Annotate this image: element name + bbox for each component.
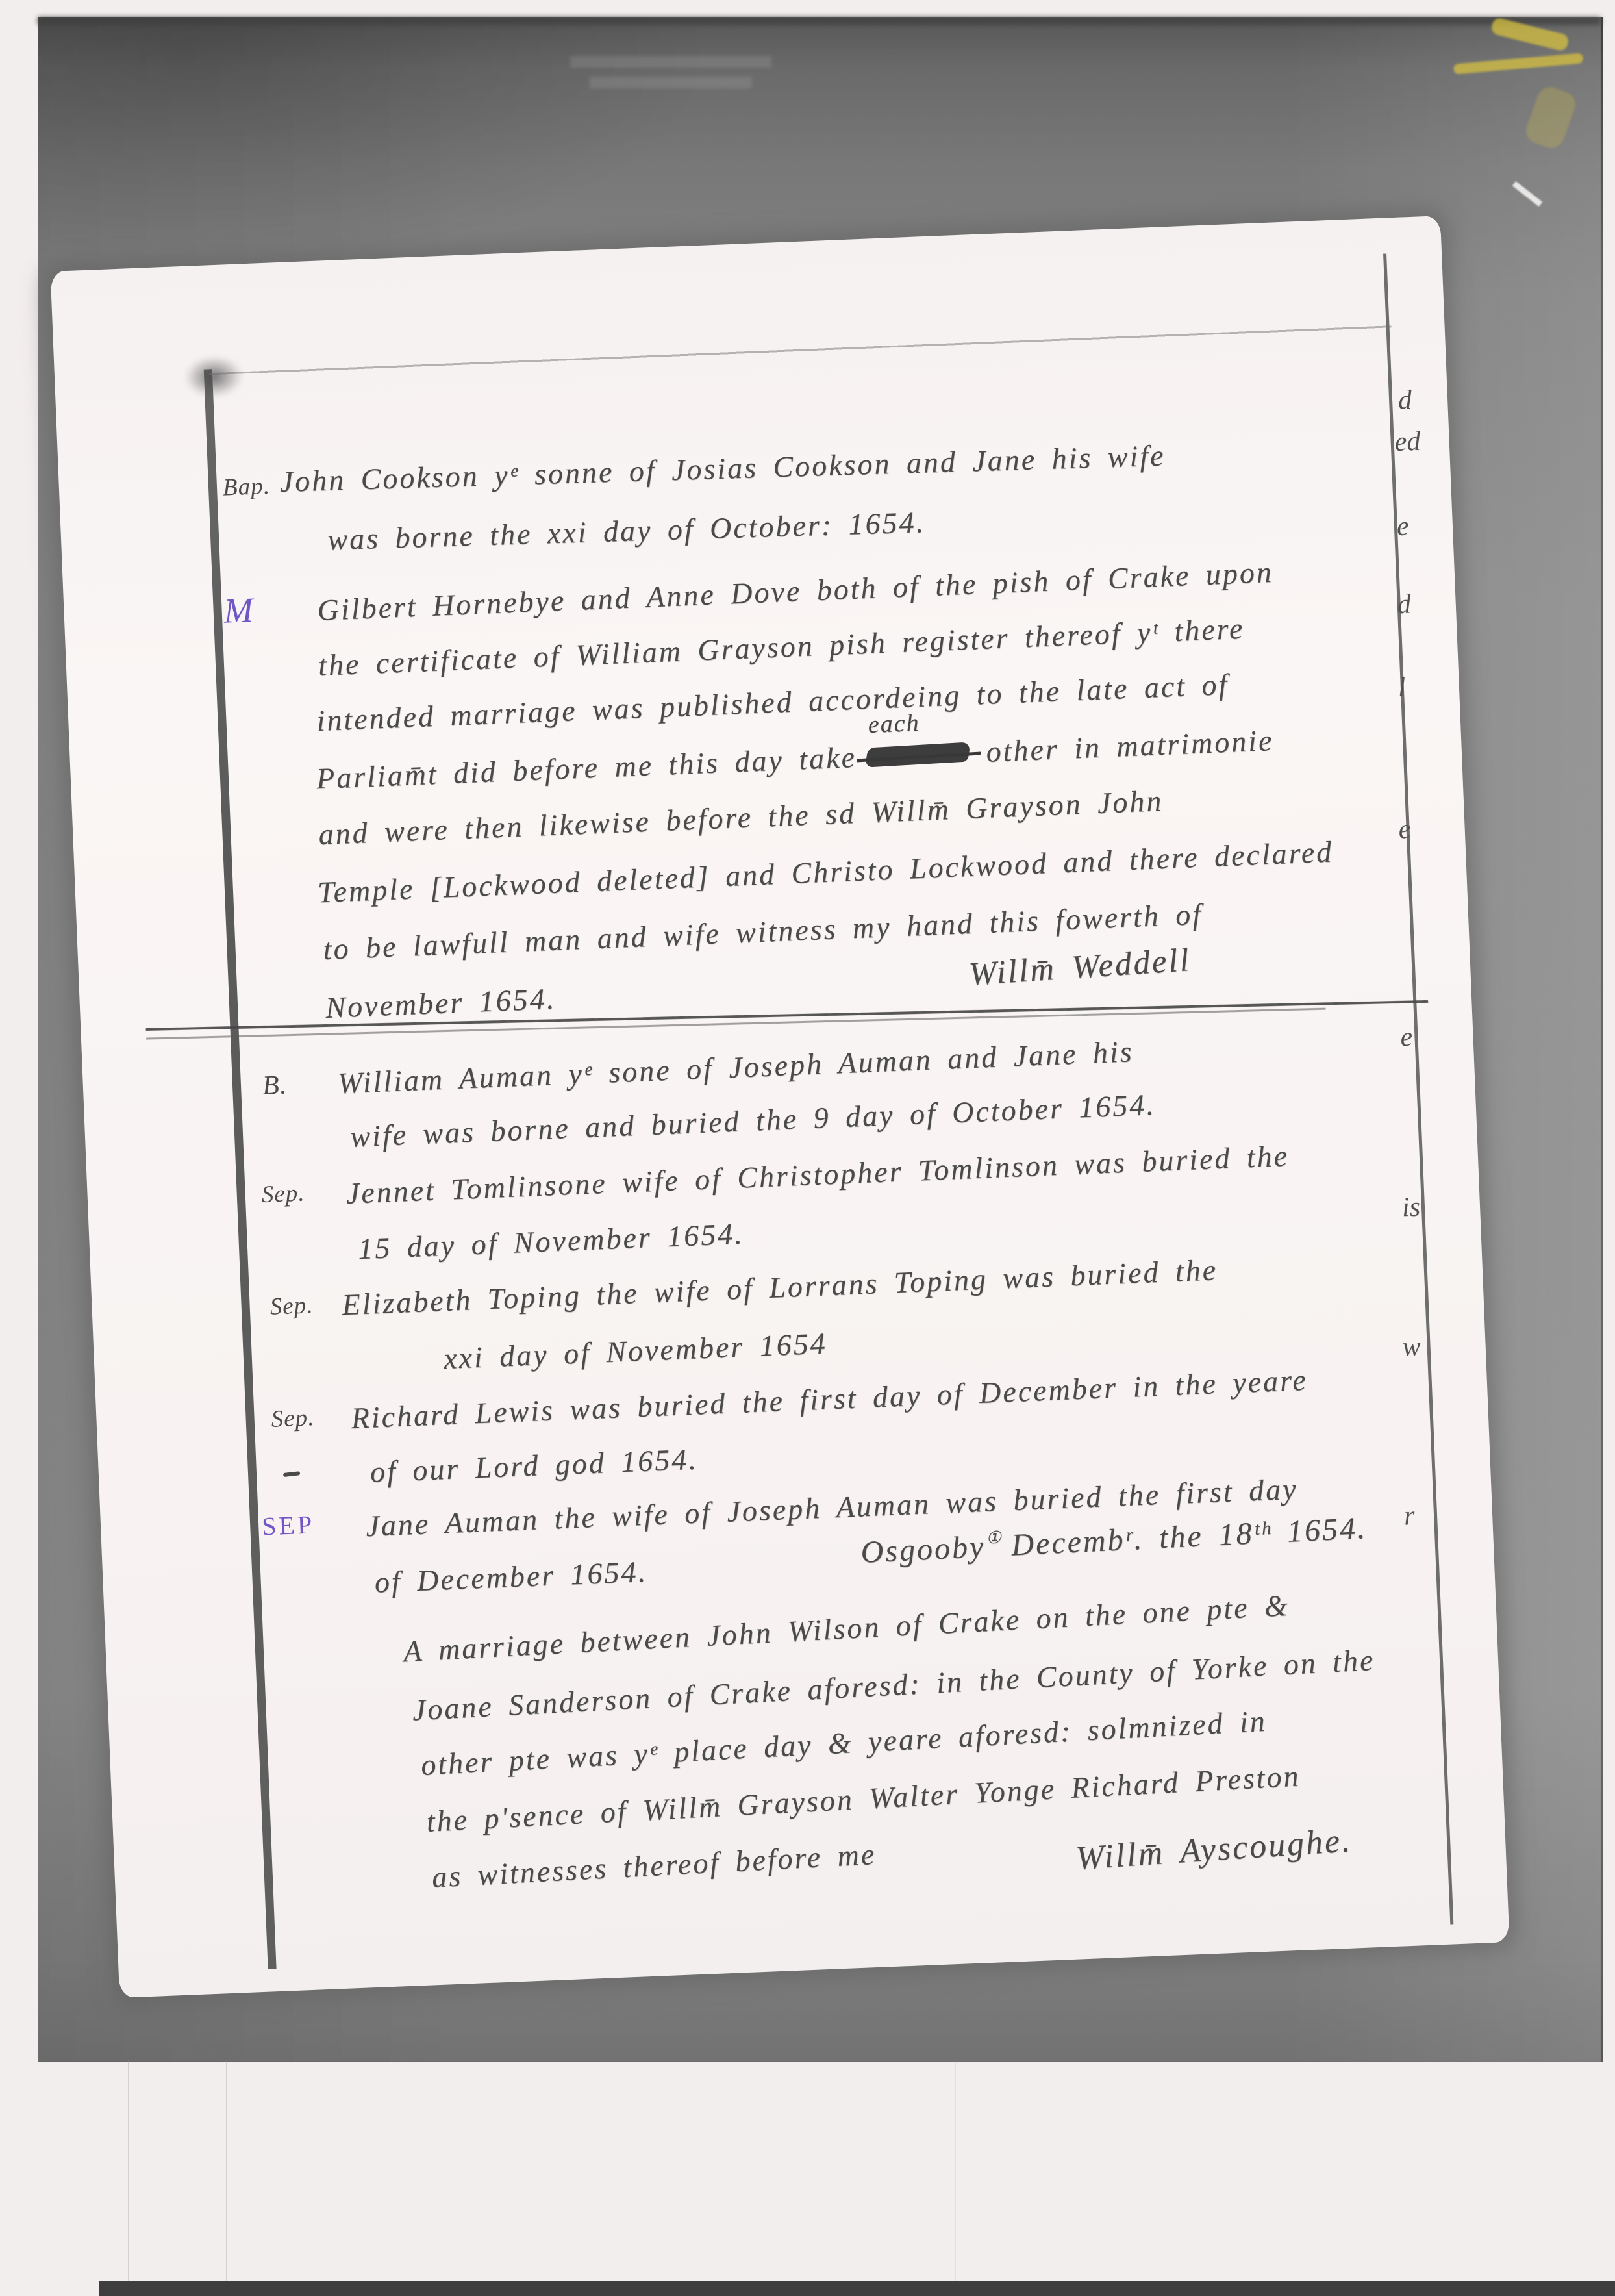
entry-line: was borne the xxi day of October: 1654. <box>327 505 926 557</box>
entry-line: Jennet Tomlinsone wife of Christopher To… <box>345 1139 1290 1211</box>
signature-ayscoughe: Willm̄ Ayscoughe. <box>1075 1821 1353 1878</box>
entry-line: of December 1654. <box>374 1554 648 1600</box>
edge-fragment: e <box>1396 511 1410 542</box>
edge-fragment: d <box>1397 588 1412 620</box>
entry-line-segment: other in matrimonie <box>986 724 1275 768</box>
yellow-mark <box>1490 17 1570 52</box>
film-scratch <box>1512 181 1543 207</box>
margin-label-m: M <box>223 590 254 631</box>
dateline-place: Osgooby <box>860 1530 986 1570</box>
entry-line: intended marriage was published accordei… <box>316 667 1230 738</box>
edge-fragment: w <box>1402 1331 1421 1363</box>
margin-label-b: B. <box>262 1069 288 1101</box>
faint-stamp-smudge <box>570 56 771 68</box>
ink-blot-strikethrough <box>865 742 971 767</box>
footnote-mark: ① <box>986 1528 1004 1548</box>
photograph-area: Bap. John Cookson yᵉ sonne of Josias Coo… <box>38 17 1603 2062</box>
scan-bottom-edge <box>99 2281 1615 2296</box>
edge-fragment: is <box>1401 1192 1421 1224</box>
margin-label-sep-purple: SEP <box>261 1509 315 1541</box>
inserted-word: each <box>868 709 920 739</box>
entry-line: Elizabeth Toping the wife of Lorrans Top… <box>342 1252 1218 1322</box>
entry-line: as witnesses thereof before me <box>431 1837 877 1895</box>
margin-dash <box>283 1471 301 1477</box>
edge-fragment: e <box>1400 1022 1414 1053</box>
entry-line: of our Lord god 1654. <box>369 1442 699 1489</box>
yellow-mark <box>1522 83 1579 151</box>
dateline-date: Decembʳ. the 18ᵗʰ 1654. <box>1010 1511 1368 1563</box>
entry-line: John Cookson yᵉ sonne of Josias Cookson … <box>279 438 1166 499</box>
register-page: Bap. John Cookson yᵉ sonne of Josias Coo… <box>50 216 1509 1998</box>
deleted-word: each <box>865 736 977 766</box>
entry-line: 15 day of November 1654. <box>357 1216 744 1266</box>
entry-line: wife was borne and buried the 9 day of O… <box>349 1087 1156 1154</box>
register-scan: Bap. John Cookson yᵉ sonne of Josias Coo… <box>0 0 1615 2296</box>
top-rule <box>209 325 1392 375</box>
signature-weddell: Willm̄ Weddell <box>968 941 1192 994</box>
entry-line: and were then likewise before the sd Wil… <box>318 783 1164 852</box>
margin-label-bap: Bap. <box>222 472 271 502</box>
entry-line: xxi day of November 1654 <box>443 1326 828 1376</box>
yellow-mark <box>1453 53 1584 74</box>
entry-line: November 1654. <box>325 981 557 1025</box>
edge-fragment: ed <box>1394 426 1421 459</box>
paper-fold-line <box>955 2060 956 2296</box>
edge-fragment: e <box>1398 814 1412 846</box>
edge-fragment: l <box>1397 672 1407 703</box>
right-column-rule <box>1383 253 1453 1924</box>
paper-fold-line <box>128 2060 129 2296</box>
paper-fold-line <box>226 2060 227 2296</box>
entry-line: William Auman yᵉ sone of Joseph Auman an… <box>337 1034 1134 1100</box>
margin-label-sep: Sep. <box>269 1291 314 1321</box>
margin-label-sep: Sep. <box>261 1179 305 1209</box>
edge-fragment: r <box>1403 1500 1415 1532</box>
margin-label-sep: Sep. <box>271 1404 315 1433</box>
faint-stamp-smudge <box>590 77 752 88</box>
entry-line-segment: Parliam̄t did before me this day take <box>316 740 857 795</box>
edge-fragment: d <box>1397 385 1412 416</box>
